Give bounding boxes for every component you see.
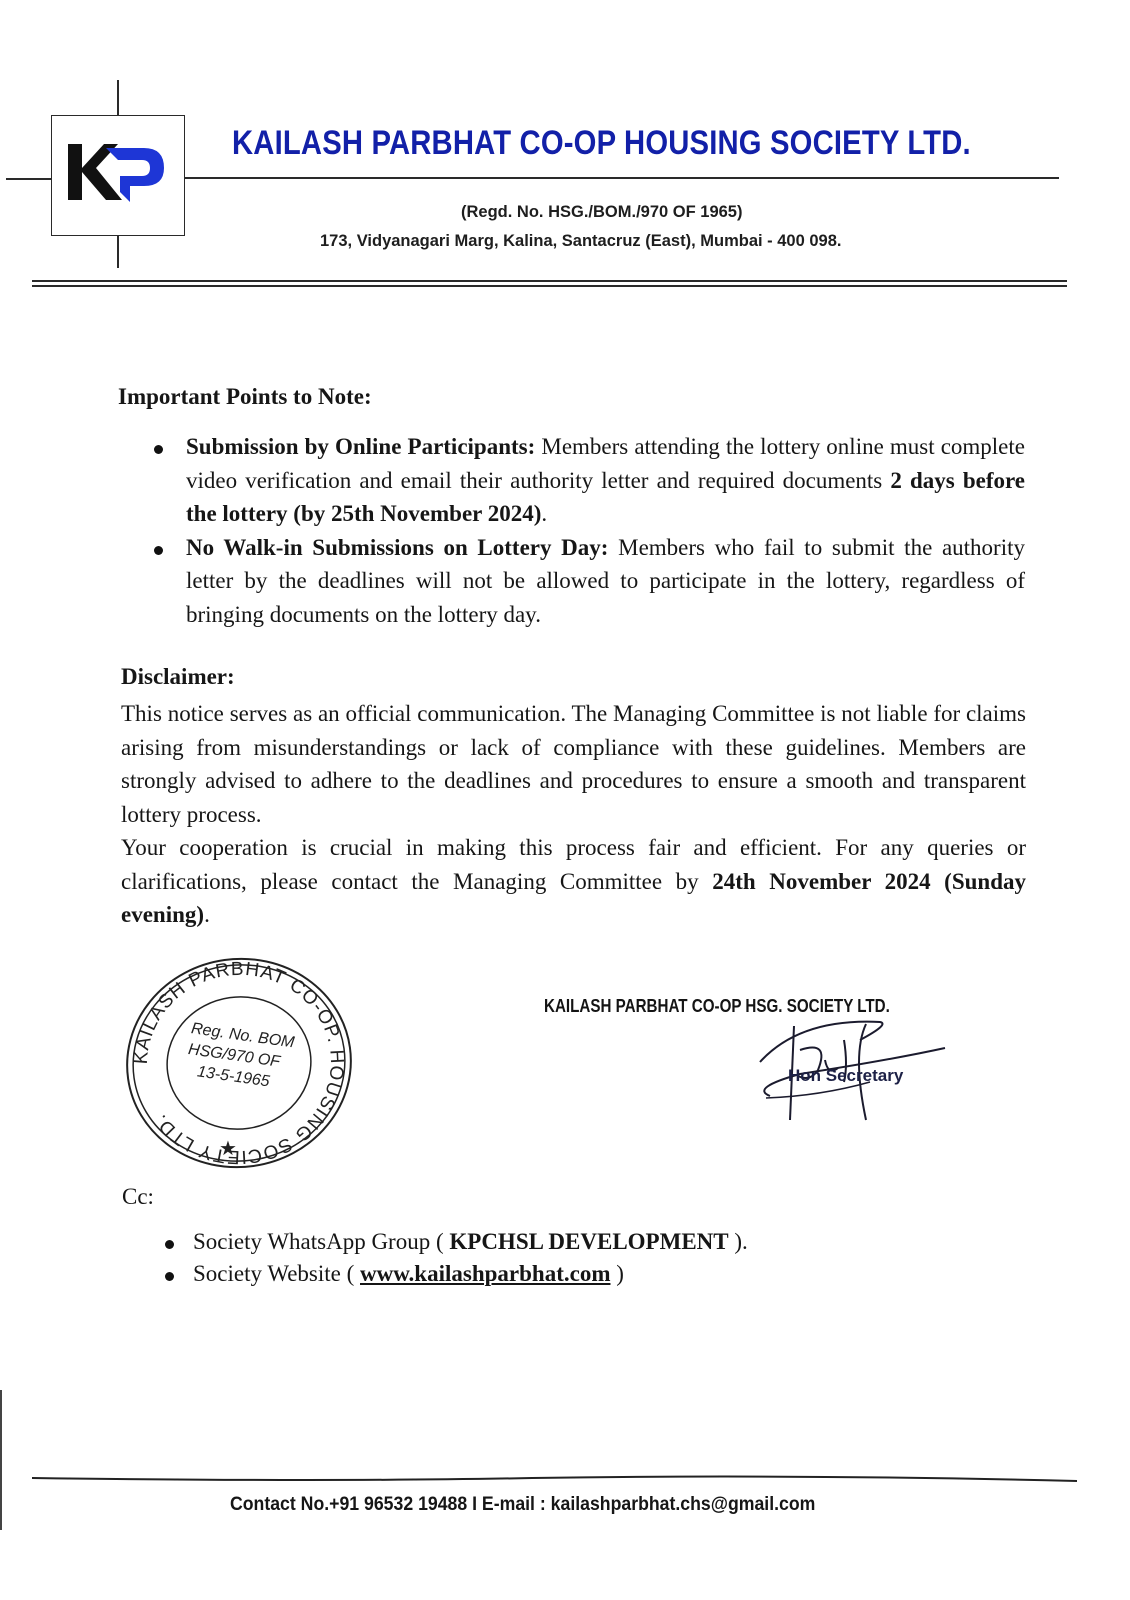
important-points-list: Submission by Online Participants: Membe… [150, 430, 1025, 631]
point-title: Submission by Online Participants: [186, 434, 535, 459]
scan-edge-mark [0, 1390, 2, 1530]
logo-crosshair-line [117, 80, 119, 116]
cc-list: Society WhatsApp Group ( KPCHSL DEVELOPM… [160, 1226, 748, 1290]
disclaimer-body: This notice serves as an official commun… [121, 697, 1026, 932]
header-divider [32, 285, 1067, 287]
footer-divider [32, 1474, 1077, 1486]
list-item: Society WhatsApp Group ( KPCHSL DEVELOPM… [160, 1226, 748, 1258]
kp-logo-icon [60, 140, 170, 210]
disclaimer-paragraph: Your cooperation is crucial in making th… [121, 831, 1026, 932]
list-item: Submission by Online Participants: Membe… [150, 430, 1025, 531]
header-divider [32, 280, 1067, 282]
registration-number: (Regd. No. HSG./BOM./970 OF 1965) [461, 203, 742, 222]
important-points-heading: Important Points to Note: [118, 380, 372, 414]
logo-crosshair-line [6, 178, 52, 180]
footer-contact-info: Contact No.+91 96532 19488 I E-mail : ka… [230, 1494, 815, 1516]
society-seal-stamp: KAILASH PARBHAT CO-OP. HOUSING SOCIETY L… [122, 955, 357, 1170]
header-underline [185, 177, 1059, 179]
point-text: . [541, 501, 547, 526]
cc-prefix: Society WhatsApp Group ( [193, 1229, 449, 1254]
organization-name: KAILASH PARBHAT CO-OP HOUSING SOCIETY LT… [232, 124, 954, 163]
organization-address: 173, Vidyanagari Marg, Kalina, Santacruz… [320, 232, 841, 251]
disclaimer-heading: Disclaimer: [121, 660, 235, 694]
website-link[interactable]: www.kailashparbhat.com [360, 1261, 610, 1286]
list-item: Society Website ( www.kailashparbhat.com… [160, 1258, 748, 1290]
paragraph-text: . [204, 902, 210, 927]
cc-suffix: ). [729, 1229, 748, 1254]
whatsapp-group-name: KPCHSL DEVELOPMENT [449, 1229, 728, 1254]
list-item: No Walk-in Submissions on Lottery Day: M… [150, 531, 1025, 632]
point-title: No Walk-in Submissions on Lottery Day: [186, 535, 608, 560]
signatory-title: Hon Secretary [788, 1066, 903, 1086]
cc-prefix: Society Website ( [193, 1261, 360, 1286]
cc-suffix: ) [610, 1261, 623, 1286]
disclaimer-paragraph: This notice serves as an official commun… [121, 697, 1026, 831]
logo-crosshair-line [117, 236, 119, 268]
star-icon: ★ [219, 1138, 237, 1160]
cc-label: Cc: [122, 1180, 154, 1214]
